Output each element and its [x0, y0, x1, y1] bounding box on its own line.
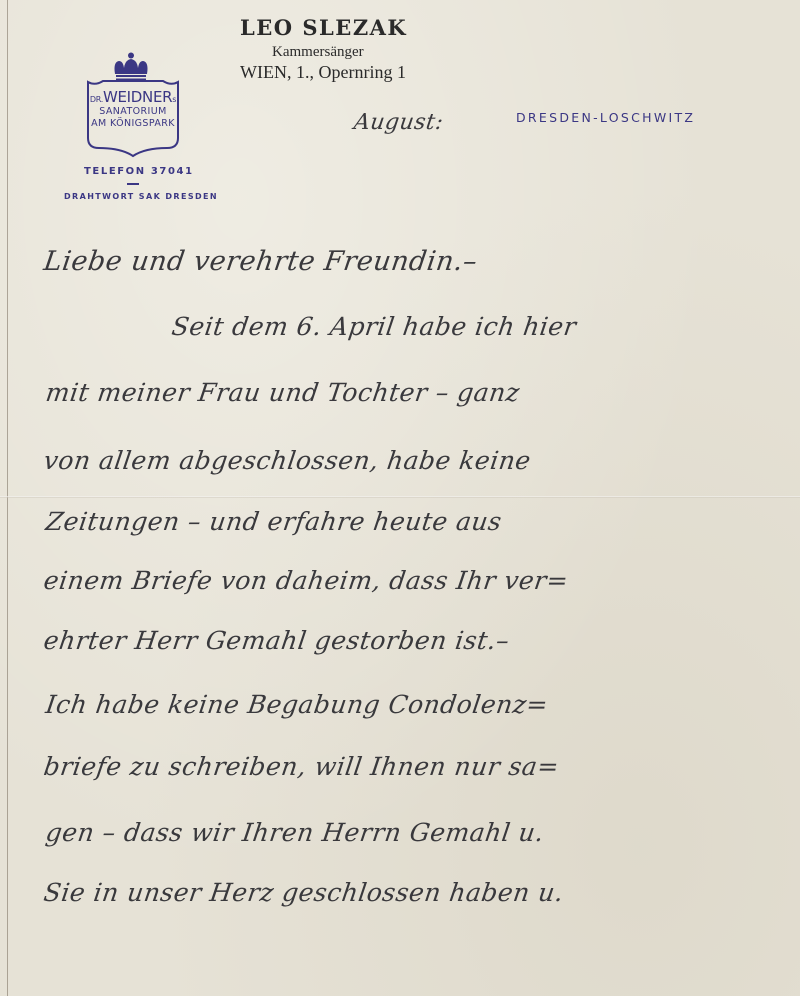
letter-line: mit meiner Frau und Tochter – ganz	[44, 378, 522, 407]
letter-line: Zeitungen – und erfahre heute aus	[44, 507, 504, 536]
letter-line: von allem abgeschlossen, habe keine	[42, 446, 533, 475]
telefon-number: TELEFON 37041	[84, 166, 194, 177]
salutation: Liebe und verehrte Freundin.–	[42, 246, 480, 277]
handwritten-date: August:	[352, 110, 445, 135]
sender-title: Kammersänger	[272, 44, 364, 61]
crest-name: WEIDNER	[103, 88, 172, 106]
location-header: DRESDEN-LOSCHWITZ	[516, 110, 695, 125]
letter-line: gen – dass wir Ihren Herrn Gemahl u.	[44, 818, 546, 847]
letter-line: briefe zu schreiben, will Ihnen nur sa=	[42, 752, 561, 781]
letter-line: Ich habe keine Begabung Condolenz=	[44, 690, 550, 719]
telegram-address: DRAHTWORT SAK DRESDEN	[64, 192, 218, 201]
letterhead-divider	[127, 183, 139, 185]
crest-koenigspark: AM KÖNIGSPARK	[85, 119, 181, 129]
crest-name-suffix: s	[172, 95, 176, 104]
letter-line: Seit dem 6. April habe ich hier	[170, 312, 578, 341]
paper-fold-line	[0, 496, 800, 498]
sender-name: LEO SLEZAK	[240, 15, 407, 40]
letter-line: einem Briefe von daheim, dass Ihr ver=	[42, 566, 570, 595]
sender-address: WIEN, 1., Opernring 1	[240, 62, 406, 83]
letter-line: ehrter Herr Gemahl gestorben ist.–	[42, 626, 511, 655]
letter-line: Sie in unser Herz geschlossen haben u.	[42, 878, 566, 907]
crest-sanatorium: SANATORIUM	[85, 107, 181, 117]
page-edge-line	[7, 0, 8, 996]
crest-name-prefix: DR.	[90, 95, 103, 104]
